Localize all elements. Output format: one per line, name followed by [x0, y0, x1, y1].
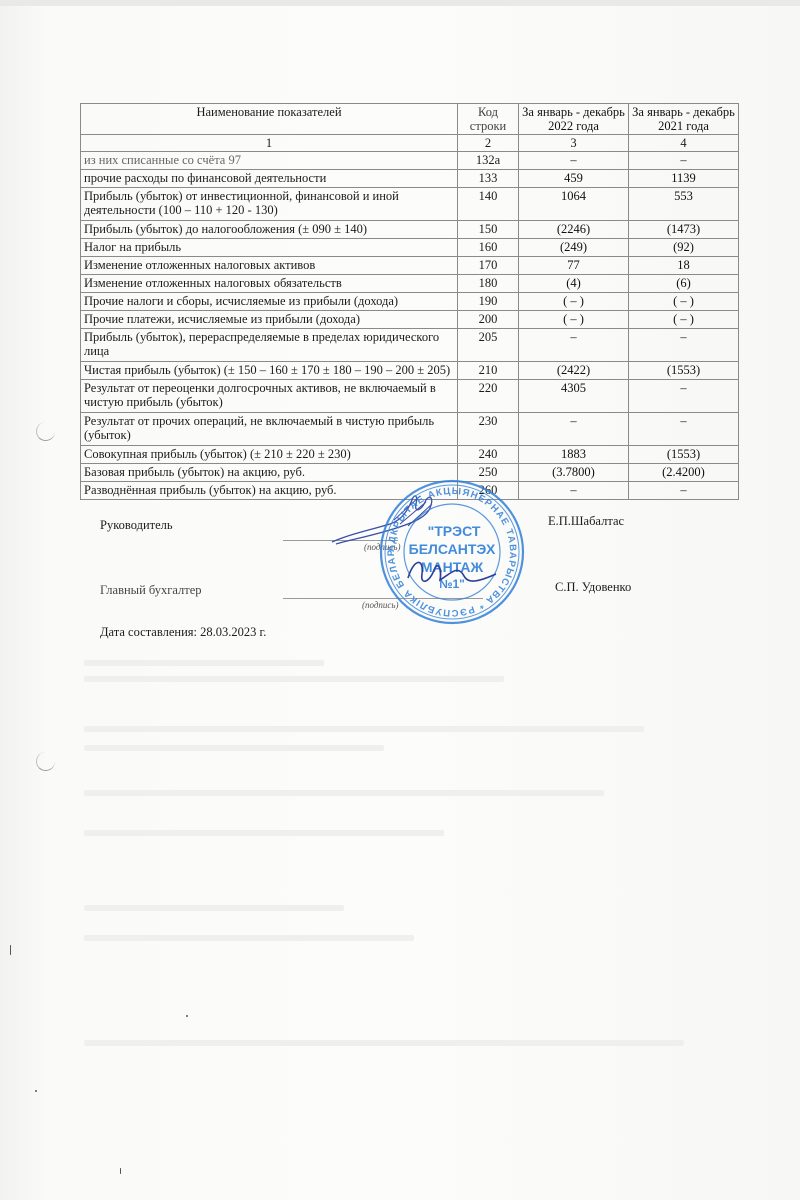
row-value-2022: (3.7800) — [519, 464, 629, 482]
column-number-row: 1 2 3 4 — [81, 135, 739, 152]
header-year-2021: За январь - декабрь 2021 года — [629, 104, 739, 135]
table-row: Совокупная прибыль (убыток) (± 210 ± 220… — [81, 446, 739, 464]
row-value-2022: – — [519, 329, 629, 362]
table-row: Прибыль (убыток) до налогообложения (± 0… — [81, 221, 739, 239]
table-row: Прибыль (убыток) от инвестиционной, фина… — [81, 188, 739, 221]
row-value-2021: (6) — [629, 275, 739, 293]
row-code: 230 — [458, 413, 519, 446]
row-code: 133 — [458, 170, 519, 188]
row-indicator-name: Результат от прочих операций, не включае… — [81, 413, 458, 446]
column-number: 2 — [458, 135, 519, 152]
row-code: 220 — [458, 380, 519, 413]
row-indicator-name: из них списанные со счёта 97 — [81, 152, 458, 170]
row-value-2021: ( – ) — [629, 311, 739, 329]
table-row: Изменение отложенных налоговых активов17… — [81, 257, 739, 275]
row-code: 180 — [458, 275, 519, 293]
column-number: 3 — [519, 135, 629, 152]
row-value-2021: (1553) — [629, 446, 739, 464]
scan-speck — [10, 945, 11, 955]
row-code: 240 — [458, 446, 519, 464]
row-value-2021: (92) — [629, 239, 739, 257]
bleed-through — [84, 830, 444, 836]
row-indicator-name: Изменение отложенных налоговых обязатель… — [81, 275, 458, 293]
row-value-2022: – — [519, 482, 629, 500]
row-value-2022: 77 — [519, 257, 629, 275]
row-value-2022: 1064 — [519, 188, 629, 221]
company-seal-stamp: АДКРЫТАЕ АКЦЫЯНЕРНАЕ ТАВАРЫСТВА * РЭСПУБ… — [378, 478, 526, 626]
table-row: Прибыль (убыток), перераспределяемые в п… — [81, 329, 739, 362]
row-code: 190 — [458, 293, 519, 311]
table-row: Результат от переоценки долгосрочных акт… — [81, 380, 739, 413]
row-value-2021: (1473) — [629, 221, 739, 239]
row-code: 170 — [458, 257, 519, 275]
column-number: 1 — [81, 135, 458, 152]
bleed-through — [84, 726, 644, 732]
table-row: прочие расходы по финансовой деятельност… — [81, 170, 739, 188]
row-value-2021: – — [629, 413, 739, 446]
row-code: 150 — [458, 221, 519, 239]
row-value-2021: ( – ) — [629, 293, 739, 311]
row-indicator-name: Прибыль (убыток) до налогообложения (± 0… — [81, 221, 458, 239]
punch-hole-mark — [36, 752, 55, 771]
bleed-through — [84, 790, 604, 796]
accountant-name: С.П. Удовенко — [555, 580, 631, 595]
row-value-2022: (4) — [519, 275, 629, 293]
stamp-line: БЕЛСАНТЭХ — [409, 541, 496, 557]
row-indicator-name: Налог на прибыль — [81, 239, 458, 257]
row-code: 160 — [458, 239, 519, 257]
row-indicator-name: прочие расходы по финансовой деятельност… — [81, 170, 458, 188]
bleed-through — [84, 905, 344, 911]
column-number: 4 — [629, 135, 739, 152]
head-label: Руководитель — [100, 518, 173, 533]
bleed-through — [84, 745, 384, 751]
table-row: Прочие налоги и сборы, исчисляемые из пр… — [81, 293, 739, 311]
row-code: 205 — [458, 329, 519, 362]
row-value-2022: ( – ) — [519, 293, 629, 311]
scan-speck — [35, 1090, 37, 1092]
head-name: Е.П.Шабалтас — [548, 514, 624, 529]
row-indicator-name: Прочие платежи, исчисляемые из прибыли (… — [81, 311, 458, 329]
table-row: Результат от прочих операций, не включае… — [81, 413, 739, 446]
row-value-2022: ( – ) — [519, 311, 629, 329]
row-indicator-name: Чистая прибыль (убыток) (± 150 – 160 ± 1… — [81, 362, 458, 380]
scan-top-edge — [0, 0, 800, 6]
row-indicator-name: Результат от переоценки долгосрочных акт… — [81, 380, 458, 413]
table-row: Изменение отложенных налоговых обязатель… — [81, 275, 739, 293]
row-value-2021: – — [629, 380, 739, 413]
header-indicator-name: Наименование показателей — [81, 104, 458, 135]
stamp-line: №1" — [439, 577, 465, 591]
punch-hole-mark — [36, 422, 55, 441]
stamp-line: "ТРЭСТ — [428, 523, 481, 539]
row-value-2021: 553 — [629, 188, 739, 221]
row-indicator-name: Прибыль (убыток) от инвестиционной, фина… — [81, 188, 458, 221]
row-value-2021: (1553) — [629, 362, 739, 380]
profit-loss-table: Наименование показателей Код строки За я… — [80, 103, 739, 500]
row-value-2022: – — [519, 413, 629, 446]
row-code: 132а — [458, 152, 519, 170]
bleed-through — [84, 935, 414, 941]
table-row: из них списанные со счёта 97132а–– — [81, 152, 739, 170]
bleed-through — [84, 676, 504, 682]
bleed-through — [84, 660, 324, 666]
row-value-2021: 1139 — [629, 170, 739, 188]
row-indicator-name: Совокупная прибыль (убыток) (± 210 ± 220… — [81, 446, 458, 464]
header-year-2022: За январь - декабрь 2022 года — [519, 104, 629, 135]
row-value-2022: – — [519, 152, 629, 170]
accountant-label: Главный бухгалтер — [100, 583, 202, 598]
row-value-2021: – — [629, 329, 739, 362]
row-value-2022: 1883 — [519, 446, 629, 464]
row-value-2021: – — [629, 482, 739, 500]
row-indicator-name: Прочие налоги и сборы, исчисляемые из пр… — [81, 293, 458, 311]
table-row: Прочие платежи, исчисляемые из прибыли (… — [81, 311, 739, 329]
row-value-2022: 459 — [519, 170, 629, 188]
row-indicator-name: Прибыль (убыток), перераспределяемые в п… — [81, 329, 458, 362]
row-code: 200 — [458, 311, 519, 329]
header-row-code: Код строки — [458, 104, 519, 135]
row-code: 210 — [458, 362, 519, 380]
scan-speck — [120, 1168, 121, 1174]
scan-speck — [186, 1015, 188, 1017]
row-value-2021: – — [629, 152, 739, 170]
table-row: Налог на прибыль160(249)(92) — [81, 239, 739, 257]
table-row: Чистая прибыль (убыток) (± 150 – 160 ± 1… — [81, 362, 739, 380]
row-value-2022: (2422) — [519, 362, 629, 380]
row-value-2021: (2.4200) — [629, 464, 739, 482]
row-value-2021: 18 — [629, 257, 739, 275]
row-value-2022: 4305 — [519, 380, 629, 413]
table-header-row: Наименование показателей Код строки За я… — [81, 104, 739, 135]
row-value-2022: (2246) — [519, 221, 629, 239]
row-value-2022: (249) — [519, 239, 629, 257]
compilation-date: Дата составления: 28.03.2023 г. — [100, 625, 266, 640]
bleed-through — [84, 1040, 684, 1046]
row-code: 140 — [458, 188, 519, 221]
row-indicator-name: Изменение отложенных налоговых активов — [81, 257, 458, 275]
